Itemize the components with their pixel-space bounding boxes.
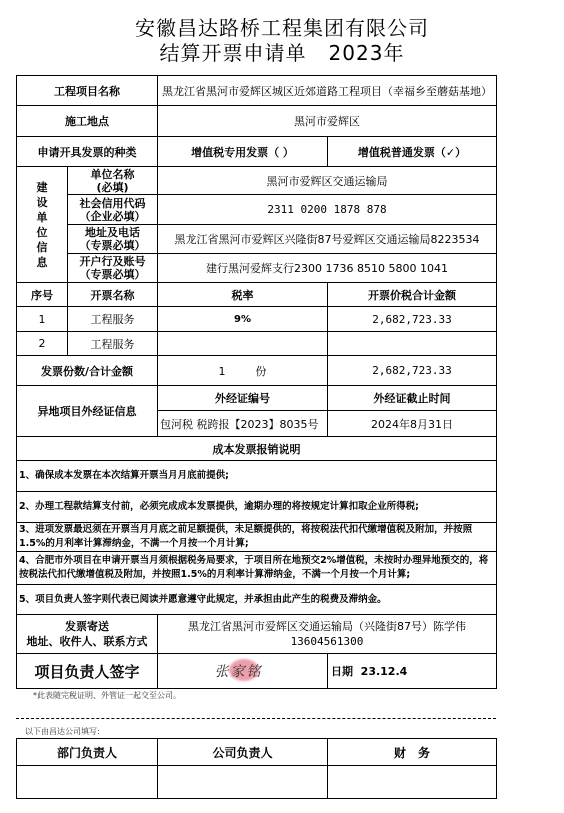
mailing-label: 发票寄送地址、收件人、联系方式 [17, 615, 158, 654]
special-vat-invoice-option[interactable]: 增值税专用发票（ ） [158, 137, 328, 167]
cost-note-row: 5、项目负责人签字则代表已阅读并愿意遵守此规定，并承担由此产生的税费及滞纳金。 [17, 585, 497, 615]
dept-head-sign-field[interactable] [17, 766, 158, 799]
table-row: 1 工程服务 9% 2,682,723.33 [17, 307, 497, 332]
cert-no-header: 外经证编号 [158, 386, 328, 411]
external-cert-label: 异地项目外经证信息 [17, 386, 158, 437]
cost-note-2: 2、办理工程款结算支付前，必须完成成本发票提供，逾期办理的将按规定计算扣取企业所… [17, 492, 497, 523]
credit-code-value[interactable]: 2311 0200 1878 878 [158, 195, 497, 225]
total-amount[interactable]: 2,682,723.33 [328, 356, 497, 386]
cert-deadline-header: 外经证截止时间 [328, 386, 497, 411]
item-tax-rate[interactable]: 9% [158, 307, 328, 332]
handwritten-signature: 张家铭 [203, 657, 283, 683]
approval-header-row: 部门负责人 公司负责人 财 务 [17, 739, 497, 766]
dashed-cut-line [16, 718, 496, 719]
company-fill-note: 以下由昌达公司填写: [25, 726, 100, 737]
cost-note-row: 1、确保成本发票在本次结算开票当月月底前提供; [17, 461, 497, 492]
col-header-tax-rate: 税率 [158, 283, 328, 307]
credit-code-label: 社会信用代码（企业必填） [68, 195, 158, 225]
footnote: *此表随完税证明、外管证一起交至公司。 [33, 690, 181, 701]
cost-notes-title: 成本发票报销说明 [17, 437, 497, 461]
cert-no-value[interactable]: 包河税 税跨报【2023】8035号 [158, 411, 328, 437]
total-label: 发票份数/合计金额 [17, 356, 158, 386]
signature-field[interactable]: 张家铭 [158, 654, 328, 689]
ordinary-vat-invoice-option[interactable]: 增值税普通发票（✓） [328, 137, 497, 167]
unit-name-value[interactable]: 黑河市爱辉区交通运输局 [158, 167, 497, 195]
company-head-sign-field[interactable] [158, 766, 328, 799]
col-header-amount: 开票价税合计金额 [328, 283, 497, 307]
mailing-value[interactable]: 黑龙江省黑河市爱辉区交通运输局（兴隆街87号）陈学伟13604561300 [158, 615, 497, 654]
bank-account-value[interactable]: 建行黑河爱辉支行2300 1736 8510 5800 1041 [158, 254, 497, 283]
project-name-label: 工程项目名称 [17, 76, 158, 106]
table-row: 2 工程服务 [17, 332, 497, 356]
builder-row: 开户行及账号（专票必填） 建行黑河爱辉支行2300 1736 8510 5800… [17, 254, 497, 283]
items-header-row: 序号 开票名称 税率 开票价税合计金额 [17, 283, 497, 307]
cert-deadline-value[interactable]: 2024年8月31日 [328, 411, 497, 437]
site-row: 施工地点 黑河市爱辉区 [17, 106, 497, 137]
item-tax-rate[interactable] [158, 332, 328, 356]
signature-label: 项目负责人签字 [17, 654, 158, 689]
builder-row: 建 设 单 位 信 息 单位名称(必填) 黑河市爱辉区交通运输局 [17, 167, 497, 195]
cost-note-3: 3、进项发票最迟须在开票当月月底之前足额提供，未足额提供的，将按税法代扣代缴增值… [17, 523, 497, 552]
item-seq: 2 [17, 332, 68, 356]
approval-table: 部门负责人 公司负责人 财 务 [16, 738, 497, 799]
invoice-type-row: 申请开具发票的种类 增值税专用发票（ ） 增值税普通发票（✓） [17, 137, 497, 167]
col-header-invoice-name: 开票名称 [68, 283, 158, 307]
invoice-application-form: 工程项目名称 黑龙江省黑河市爱辉区城区近郊道路工程项目（幸福乡至蘑菇基地） 施工… [16, 75, 497, 689]
form-year: 2023年 [329, 41, 405, 65]
site-label: 施工地点 [17, 106, 158, 137]
item-amount[interactable]: 2,682,723.33 [328, 307, 497, 332]
finance-sign-field[interactable] [328, 766, 497, 799]
mailing-address: 黑龙江省黑河市爱辉区交通运输局（兴隆街87号）陈学伟 [158, 619, 496, 634]
cost-note-1: 1、确保成本发票在本次结算开票当月月底前提供; [17, 461, 497, 492]
unit-name-label: 单位名称(必填) [68, 167, 158, 195]
item-amount[interactable] [328, 332, 497, 356]
cost-note-5: 5、项目负责人签字则代表已阅读并愿意遵守此规定，并承担由此产生的税费及滞纳金。 [17, 585, 497, 615]
item-seq: 1 [17, 307, 68, 332]
builder-info-group-label: 建 设 单 位 信 息 [17, 167, 68, 283]
form-title: 结算开票申请单2023年 [0, 41, 564, 65]
cost-note-row: 3、进项发票最迟须在开票当月月底之前足额提供，未足额提供的，将按税法代扣代缴增值… [17, 523, 497, 552]
item-name[interactable]: 工程服务 [68, 307, 158, 332]
invoice-type-label: 申请开具发票的种类 [17, 137, 158, 167]
finance-header: 财 务 [328, 739, 497, 766]
cost-note-row: 2、办理工程款结算支付前，必须完成成本发票提供，逾期办理的将按规定计算扣取企业所… [17, 492, 497, 523]
total-row: 发票份数/合计金额 1份 2,682,723.33 [17, 356, 497, 386]
mailing-phone: 13604561300 [158, 634, 496, 649]
col-header-seq: 序号 [17, 283, 68, 307]
invoice-count[interactable]: 1份 [158, 356, 328, 386]
address-phone-label: 地址及电话（专票必填） [68, 225, 158, 254]
site-value[interactable]: 黑河市爱辉区 [158, 106, 497, 137]
external-cert-header-row: 异地项目外经证信息 外经证编号 外经证截止时间 [17, 386, 497, 411]
approval-sign-row [17, 766, 497, 799]
builder-row: 地址及电话（专票必填） 黑龙江省黑河市爱辉区兴隆街87号爱辉区交通运输局8223… [17, 225, 497, 254]
cost-note-4: 4、合肥市外项目在申请开票当月须根据税务局要求，于项目所在地预交2%增值税，未按… [17, 552, 497, 585]
builder-row: 社会信用代码（企业必填） 2311 0200 1878 878 [17, 195, 497, 225]
bank-account-label: 开户行及账号（专票必填） [68, 254, 158, 283]
date-field[interactable]: 日期 23.12.4 [328, 654, 497, 689]
project-name-value[interactable]: 黑龙江省黑河市爱辉区城区近郊道路工程项目（幸福乡至蘑菇基地） [158, 76, 497, 106]
mailing-row: 发票寄送地址、收件人、联系方式 黑龙江省黑河市爱辉区交通运输局（兴隆街87号）陈… [17, 615, 497, 654]
company-name: 安徽昌达路桥工程集团有限公司 [0, 16, 564, 40]
company-head-header: 公司负责人 [158, 739, 328, 766]
item-name[interactable]: 工程服务 [68, 332, 158, 356]
form-title-text: 结算开票申请单 [160, 41, 307, 65]
cost-note-row: 4、合肥市外项目在申请开票当月须根据税务局要求，于项目所在地预交2%增值税，未按… [17, 552, 497, 585]
dept-head-header: 部门负责人 [17, 739, 158, 766]
cost-notes-title-row: 成本发票报销说明 [17, 437, 497, 461]
project-name-row: 工程项目名称 黑龙江省黑河市爱辉区城区近郊道路工程项目（幸福乡至蘑菇基地） [17, 76, 497, 106]
signature-row: 项目负责人签字 张家铭 日期 23.12.4 [17, 654, 497, 689]
address-phone-value[interactable]: 黑龙江省黑河市爱辉区兴隆街87号爱辉区交通运输局8223534 [158, 225, 497, 254]
